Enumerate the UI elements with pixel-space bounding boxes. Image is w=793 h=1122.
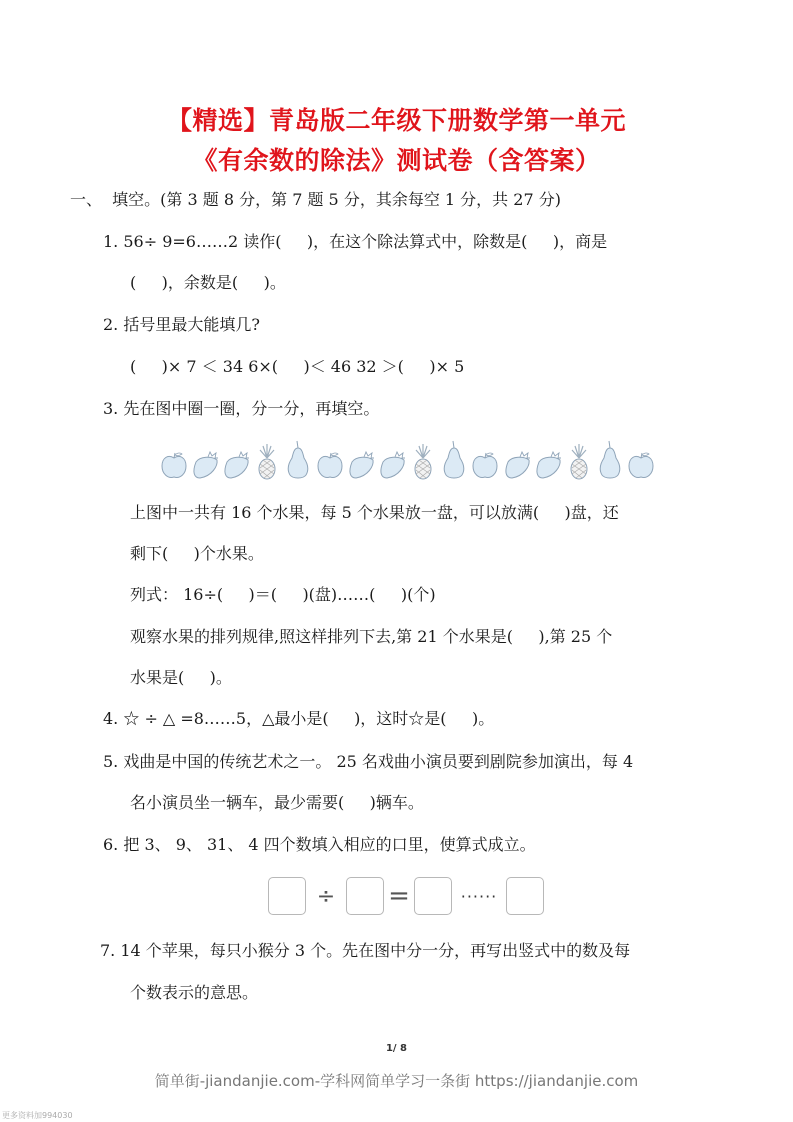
section-heading: 一、 填空。(第 3 题 8 分，第 7 题 5 分，其余每空 1 分，共 27… <box>70 189 561 211</box>
question-1-line-1: 1. 56÷ 9=6……2 读作( )，在这个除法算式中，除数是( )，商是 <box>103 231 607 253</box>
question-3-line-5: 观察水果的排列规律,照这样排列下去,第 21 个水果是( ),第 25 个 <box>130 626 612 648</box>
pear-icon <box>439 440 470 480</box>
question-1-line-2: ( )，余数是( )。 <box>130 272 286 294</box>
strawberry-icon <box>345 440 376 480</box>
question-3-line-3: 剩下( )个水果。 <box>130 543 264 565</box>
apple-icon <box>470 440 501 480</box>
apple-icon <box>626 440 657 480</box>
question-3-line-2: 上图中一共有 16 个水果，每 5 个水果放一盘，可以放满( )盘，还 <box>130 502 619 524</box>
divisor-box[interactable] <box>346 877 384 915</box>
footer-watermark: 简单街-jiandanjie.com-学科网简单学习一条街 https://ji… <box>0 1070 793 1091</box>
strawberry-icon <box>532 440 563 480</box>
question-3-line-6: 水果是( )。 <box>130 667 232 689</box>
remainder-dots: ······ <box>452 887 506 906</box>
remainder-box[interactable] <box>506 877 544 915</box>
strawberry-icon <box>189 440 220 480</box>
divide-sign: ÷ <box>306 884 346 909</box>
question-7-line-1: 7. 14 个苹果，每只小猴分 3 个。先在图中分一分，再写出竖式中的数及每 <box>100 940 630 962</box>
question-6-line-1: 6. 把 3、 9、 31、 4 四个数填入相应的口里，使算式成立。 <box>103 834 536 856</box>
apple-icon <box>314 440 345 480</box>
apple-icon <box>158 440 189 480</box>
question-4-line-1: 4. ☆ ÷ △ =8……5，△最小是( )，这时☆是( )。 <box>103 708 494 730</box>
fruit-sequence-image <box>158 440 658 480</box>
corner-note: 更多资料加994030 <box>2 1110 73 1121</box>
question-2-line-1: 2. 括号里最大能填几? <box>103 314 260 336</box>
question-7-line-2: 个数表示的意思。 <box>130 982 258 1004</box>
equals-sign: = <box>384 881 414 911</box>
dividend-box[interactable] <box>268 877 306 915</box>
strawberry-icon <box>501 440 532 480</box>
strawberry-icon <box>220 440 251 480</box>
page-number: 1/ 8 <box>0 1043 793 1054</box>
question-3-line-1: 3. 先在图中圈一圈，分一分，再填空。 <box>103 398 379 420</box>
division-equation-boxes: ÷ = ······ <box>268 876 544 916</box>
strawberry-icon <box>376 440 407 480</box>
document-title-line-1: 【精选】青岛版二年级下册数学第一单元 <box>0 101 793 137</box>
question-5-line-1: 5. 戏曲是中国的传统艺术之一。 25 名戏曲小演员要到剧院参加演出，每 4 <box>103 751 633 773</box>
document-title-line-2: 《有余数的除法》测试卷（含答案） <box>0 141 793 177</box>
pineapple-icon <box>563 440 594 480</box>
question-5-line-2: 名小演员坐一辆车，最少需要( )辆车。 <box>130 792 424 814</box>
quotient-box[interactable] <box>414 877 452 915</box>
pear-icon <box>595 440 626 480</box>
question-3-line-4: 列式： 16÷( )＝( )(盘)……( )(个) <box>130 584 436 606</box>
question-2-line-2: ( )× 7 ＜ 34 6×( )＜ 46 32 ＞( )× 5 <box>130 356 464 378</box>
pineapple-icon <box>408 440 439 480</box>
pear-icon <box>283 440 314 480</box>
pineapple-icon <box>252 440 283 480</box>
